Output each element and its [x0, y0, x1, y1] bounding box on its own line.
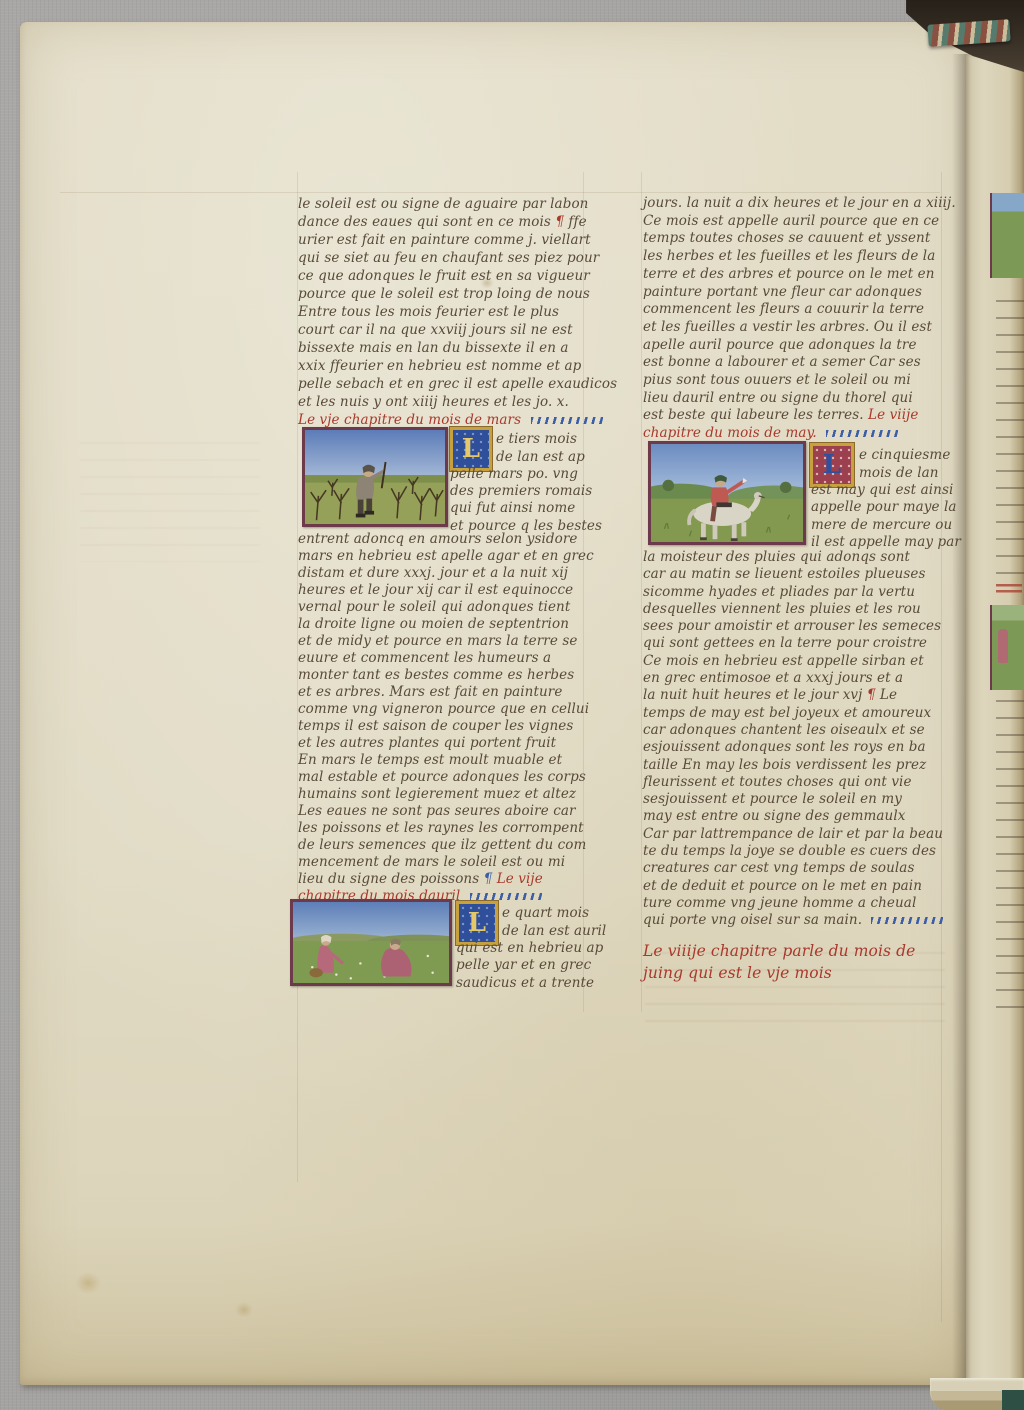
- text-line: lieu dauril entre ou signe du thorel qui: [643, 390, 956, 408]
- facing-figure-sliver: [998, 629, 1008, 663]
- text-line: des premiers romais: [450, 483, 602, 500]
- april-paragraph: jours. la nuit a dix heures et le jour e…: [643, 195, 956, 443]
- text-line: car adonques chantent les oiseaulx et se: [643, 722, 943, 739]
- text-line: terre et des arbres et pource on le met …: [643, 266, 956, 284]
- text-line: mois de lan: [859, 465, 950, 483]
- text-line: qui est en hebrieu ap: [456, 940, 603, 957]
- facing-text-sliver: [996, 300, 1024, 582]
- ruling-line-horizontal: [60, 192, 940, 193]
- text-line: mencement de mars le soleil est ou mi: [298, 854, 594, 871]
- text-line: qui se siet au feu en chaufant ses piez …: [298, 249, 617, 267]
- text-line: pelle sebach et en grec il est apelle ex…: [298, 375, 617, 393]
- miniature-april-flower-picking: [290, 899, 452, 986]
- text-line: heures et le jour xij car il est equinoc…: [298, 582, 594, 599]
- june-chapter-rubric: Le viiije chapitre parle du mois dejuing…: [643, 940, 915, 984]
- miniature-march-pruning: [302, 427, 448, 527]
- may-paragraph: la moisteur des pluies qui adonqs sontca…: [643, 549, 943, 930]
- text-line: ce que adonques le fruit est en sa vigue…: [298, 267, 617, 285]
- text-line: temps de may est bel joyeux et amoureux: [643, 705, 943, 722]
- text-segment: Le vje chapitre du mois de mars: [298, 412, 526, 428]
- ink-bleed-through: [80, 442, 260, 562]
- text-line: e quart mois: [502, 905, 606, 923]
- text-segment: Le viije: [868, 407, 918, 423]
- rubric-line: Le viiije chapitre parle du mois de: [643, 940, 915, 962]
- text-line: ture comme vng jeune homme a cheual: [643, 895, 943, 912]
- march-wrap-lines: e tiers moisde lan est ap: [496, 431, 585, 466]
- text-line: entrent adoncq en amours selon ysidore: [298, 531, 594, 548]
- text-line: appelle pour maye la: [811, 499, 961, 516]
- text-segment: chapitre du mois de may.: [643, 425, 821, 441]
- text-line: et es arbres. Mars est fait en painture: [298, 684, 594, 701]
- text-line: temps il est saison de couper les vignes: [298, 718, 594, 735]
- parchment-stain: [235, 1302, 253, 1318]
- facing-miniature-sliver: [990, 193, 1024, 278]
- text-line: comme vng vigneron pource que en cellui: [298, 701, 594, 718]
- decorated-initial-april: L: [456, 901, 498, 945]
- text-line: qui porte vng oisel sur sa main.: [643, 912, 943, 929]
- text-line: de leurs semences que ilz gettent du com: [298, 837, 594, 854]
- text-line: qui fut ainsi nome: [450, 500, 602, 517]
- text-line: e tiers mois: [496, 431, 585, 449]
- text-line: les herbes et les fueilles et les fleurs…: [643, 248, 956, 266]
- text-line: desquelles viennent les pluies et les ro…: [643, 601, 943, 618]
- text-line: la moisteur des pluies qui adonqs sont: [643, 549, 943, 566]
- text-line: les poissons et les raynes les corrompen…: [298, 820, 594, 837]
- facing-miniature-sliver: [990, 605, 1024, 690]
- text-line: de lan est ap: [496, 449, 585, 467]
- text-line: mere de mercure ou: [811, 517, 961, 534]
- text-line: le soleil est ou signe de aguaire par la…: [298, 195, 617, 213]
- text-line: la droite ligne ou moien de septentrion: [298, 616, 594, 633]
- text-line: et les autres plantes qui portent fruit: [298, 735, 594, 752]
- may-wrap-lines: e cinquiesmemois de lan: [859, 447, 950, 482]
- april-wrap-lines: e quart moisde lan est auril: [502, 905, 606, 940]
- text-line: vernal pour le soleil qui adonques tient: [298, 599, 594, 616]
- text-line: may est entre ou signe des gemmaulx: [643, 808, 943, 825]
- text-line: et les fueilles a vestir les arbres. Ou …: [643, 319, 956, 337]
- decorated-initial-may: L: [810, 443, 854, 487]
- parchment-stain: [75, 1272, 101, 1294]
- text-line: en grec entimosoe et a xxxj jours et a: [643, 670, 943, 687]
- text-line: mars en hebrieu est apelle agar et en gr…: [298, 548, 594, 565]
- text-segment: ¶: [555, 214, 564, 230]
- text-line: jours. la nuit a dix heures et le jour e…: [643, 195, 956, 213]
- text-line: pource que le soleil est trop loing de n…: [298, 285, 617, 303]
- text-line: pelle yar et en grec: [456, 957, 603, 974]
- march-wrap-lines: pelle mars po. vngdes premiers romaisqui…: [450, 466, 602, 535]
- may-wrap-lines: est may qui est ainsiappelle pour maye l…: [811, 482, 961, 552]
- text-line: commencent les fleurs a couurir la terre: [643, 301, 956, 319]
- text-line: de lan est auril: [502, 923, 606, 941]
- text-line: et de midy et pource en mars la terre se: [298, 633, 594, 650]
- text-line: creatures car cest vng temps de soulas: [643, 860, 943, 877]
- text-line: la nuit huit heures et le jour xvj ¶ Le: [643, 687, 943, 704]
- text-line: saudicus et a trente: [456, 975, 603, 992]
- text-line: sicomme hyades et pliades par la vertu: [643, 584, 943, 601]
- march-paragraph: entrent adoncq en amours selon ysidorema…: [298, 531, 594, 905]
- text-line: dance des eaues qui sont en ce mois ¶ ff…: [298, 213, 617, 231]
- text-line: e cinquiesme: [859, 447, 950, 465]
- text-line: pius sont tous ouuers et le soleil ou mi: [643, 372, 956, 390]
- facing-rubric-sliver: [996, 584, 1022, 595]
- facing-page-edge: [966, 54, 1024, 1388]
- text-line: Les eaues ne sont pas seures aboire car: [298, 803, 594, 820]
- text-line: fleurissent et toutes choses qui ont vie: [643, 774, 943, 791]
- text-line: Entre tous les mois feurier est le plus: [298, 303, 617, 321]
- miniature-may-rider-with-falcon: [648, 441, 806, 545]
- text-line: pelle mars po. vng: [450, 466, 602, 483]
- text-line: taille En may les bois verdissent les pr…: [643, 757, 943, 774]
- text-line: sesjouissent et pource le soleil en my: [643, 791, 943, 808]
- text-line: sees pour amoistir et arrouser les semec…: [643, 618, 943, 635]
- manuscript-scan: le soleil est ou signe de aguaire par la…: [0, 0, 1024, 1410]
- text-line: Car par lattrempance de lair et par la b…: [643, 826, 943, 843]
- text-line: painture portant vne fleur car adonques: [643, 284, 956, 302]
- text-line: bissexte mais en lan du bissexte il en a: [298, 339, 617, 357]
- text-segment: ¶: [484, 871, 497, 887]
- text-line: distam et dure xxxj. jour et a la nuit x…: [298, 565, 594, 582]
- text-line: apelle auril pource que adonques la tre: [643, 337, 956, 355]
- text-line: est beste qui labeure les terres. Le vii…: [643, 407, 956, 425]
- text-line: Ce mois en hebrieu est appelle sirban et: [643, 653, 943, 670]
- text-line: est may qui est ainsi: [811, 482, 961, 499]
- text-line: et de deduit et pource on le met en pain: [643, 878, 943, 895]
- text-line: temps toutes choses se cauuent et yssent: [643, 230, 956, 248]
- manuscript-page: le soleil est ou signe de aguaire par la…: [20, 22, 968, 1385]
- line-filler: [826, 430, 898, 437]
- text-line: car au matin se lieuent estoiles plueuse…: [643, 566, 943, 583]
- text-line: En mars le temps est moult muable et: [298, 752, 594, 769]
- rubric-line: juing qui est le vje mois: [643, 962, 915, 984]
- text-segment: Le vije: [497, 871, 543, 887]
- text-line: est bonne a labourer et a semer Car ses: [643, 354, 956, 372]
- text-line: et les nuis y ont xiiij heures et les jo…: [298, 393, 617, 411]
- decorated-initial-march: L: [450, 427, 492, 471]
- text-line: esjouissent adonques sont les roys en ba: [643, 739, 943, 756]
- february-paragraph: le soleil est ou signe de aguaire par la…: [298, 195, 617, 429]
- text-line: urier est fait en painture comme j. viel…: [298, 231, 617, 249]
- facing-text-sliver: [996, 700, 1024, 1022]
- line-filler: [470, 893, 542, 900]
- text-line: lieu du signe des poissons ¶ Le vije: [298, 871, 594, 888]
- line-filler: [871, 917, 943, 924]
- text-line: xxix ffeurier en hebrieu est nomme et ap: [298, 357, 617, 375]
- text-line: court car il na que xxviij jours sil ne …: [298, 321, 617, 339]
- text-line: humains sont legierement muez et altez: [298, 786, 594, 803]
- text-line: monter tant es bestes comme es herbes: [298, 667, 594, 684]
- text-line: qui sont gettees en la terre pour croist…: [643, 635, 943, 652]
- text-line: Ce mois est appelle auril pource que en …: [643, 213, 956, 231]
- line-filler: [531, 417, 603, 424]
- binding-corner-bottom: [1002, 1390, 1024, 1410]
- text-line: euure et commencent les humeurs a: [298, 650, 594, 667]
- text-line: te du temps la joye se double es cuers d…: [643, 843, 943, 860]
- ruling-line-vertical: [641, 172, 642, 1012]
- april-wrap-lines: qui est en hebrieu appelle yar et en gre…: [456, 940, 603, 992]
- text-segment: ¶: [867, 687, 880, 703]
- text-line: mal estable et pource adonques les corps: [298, 769, 594, 786]
